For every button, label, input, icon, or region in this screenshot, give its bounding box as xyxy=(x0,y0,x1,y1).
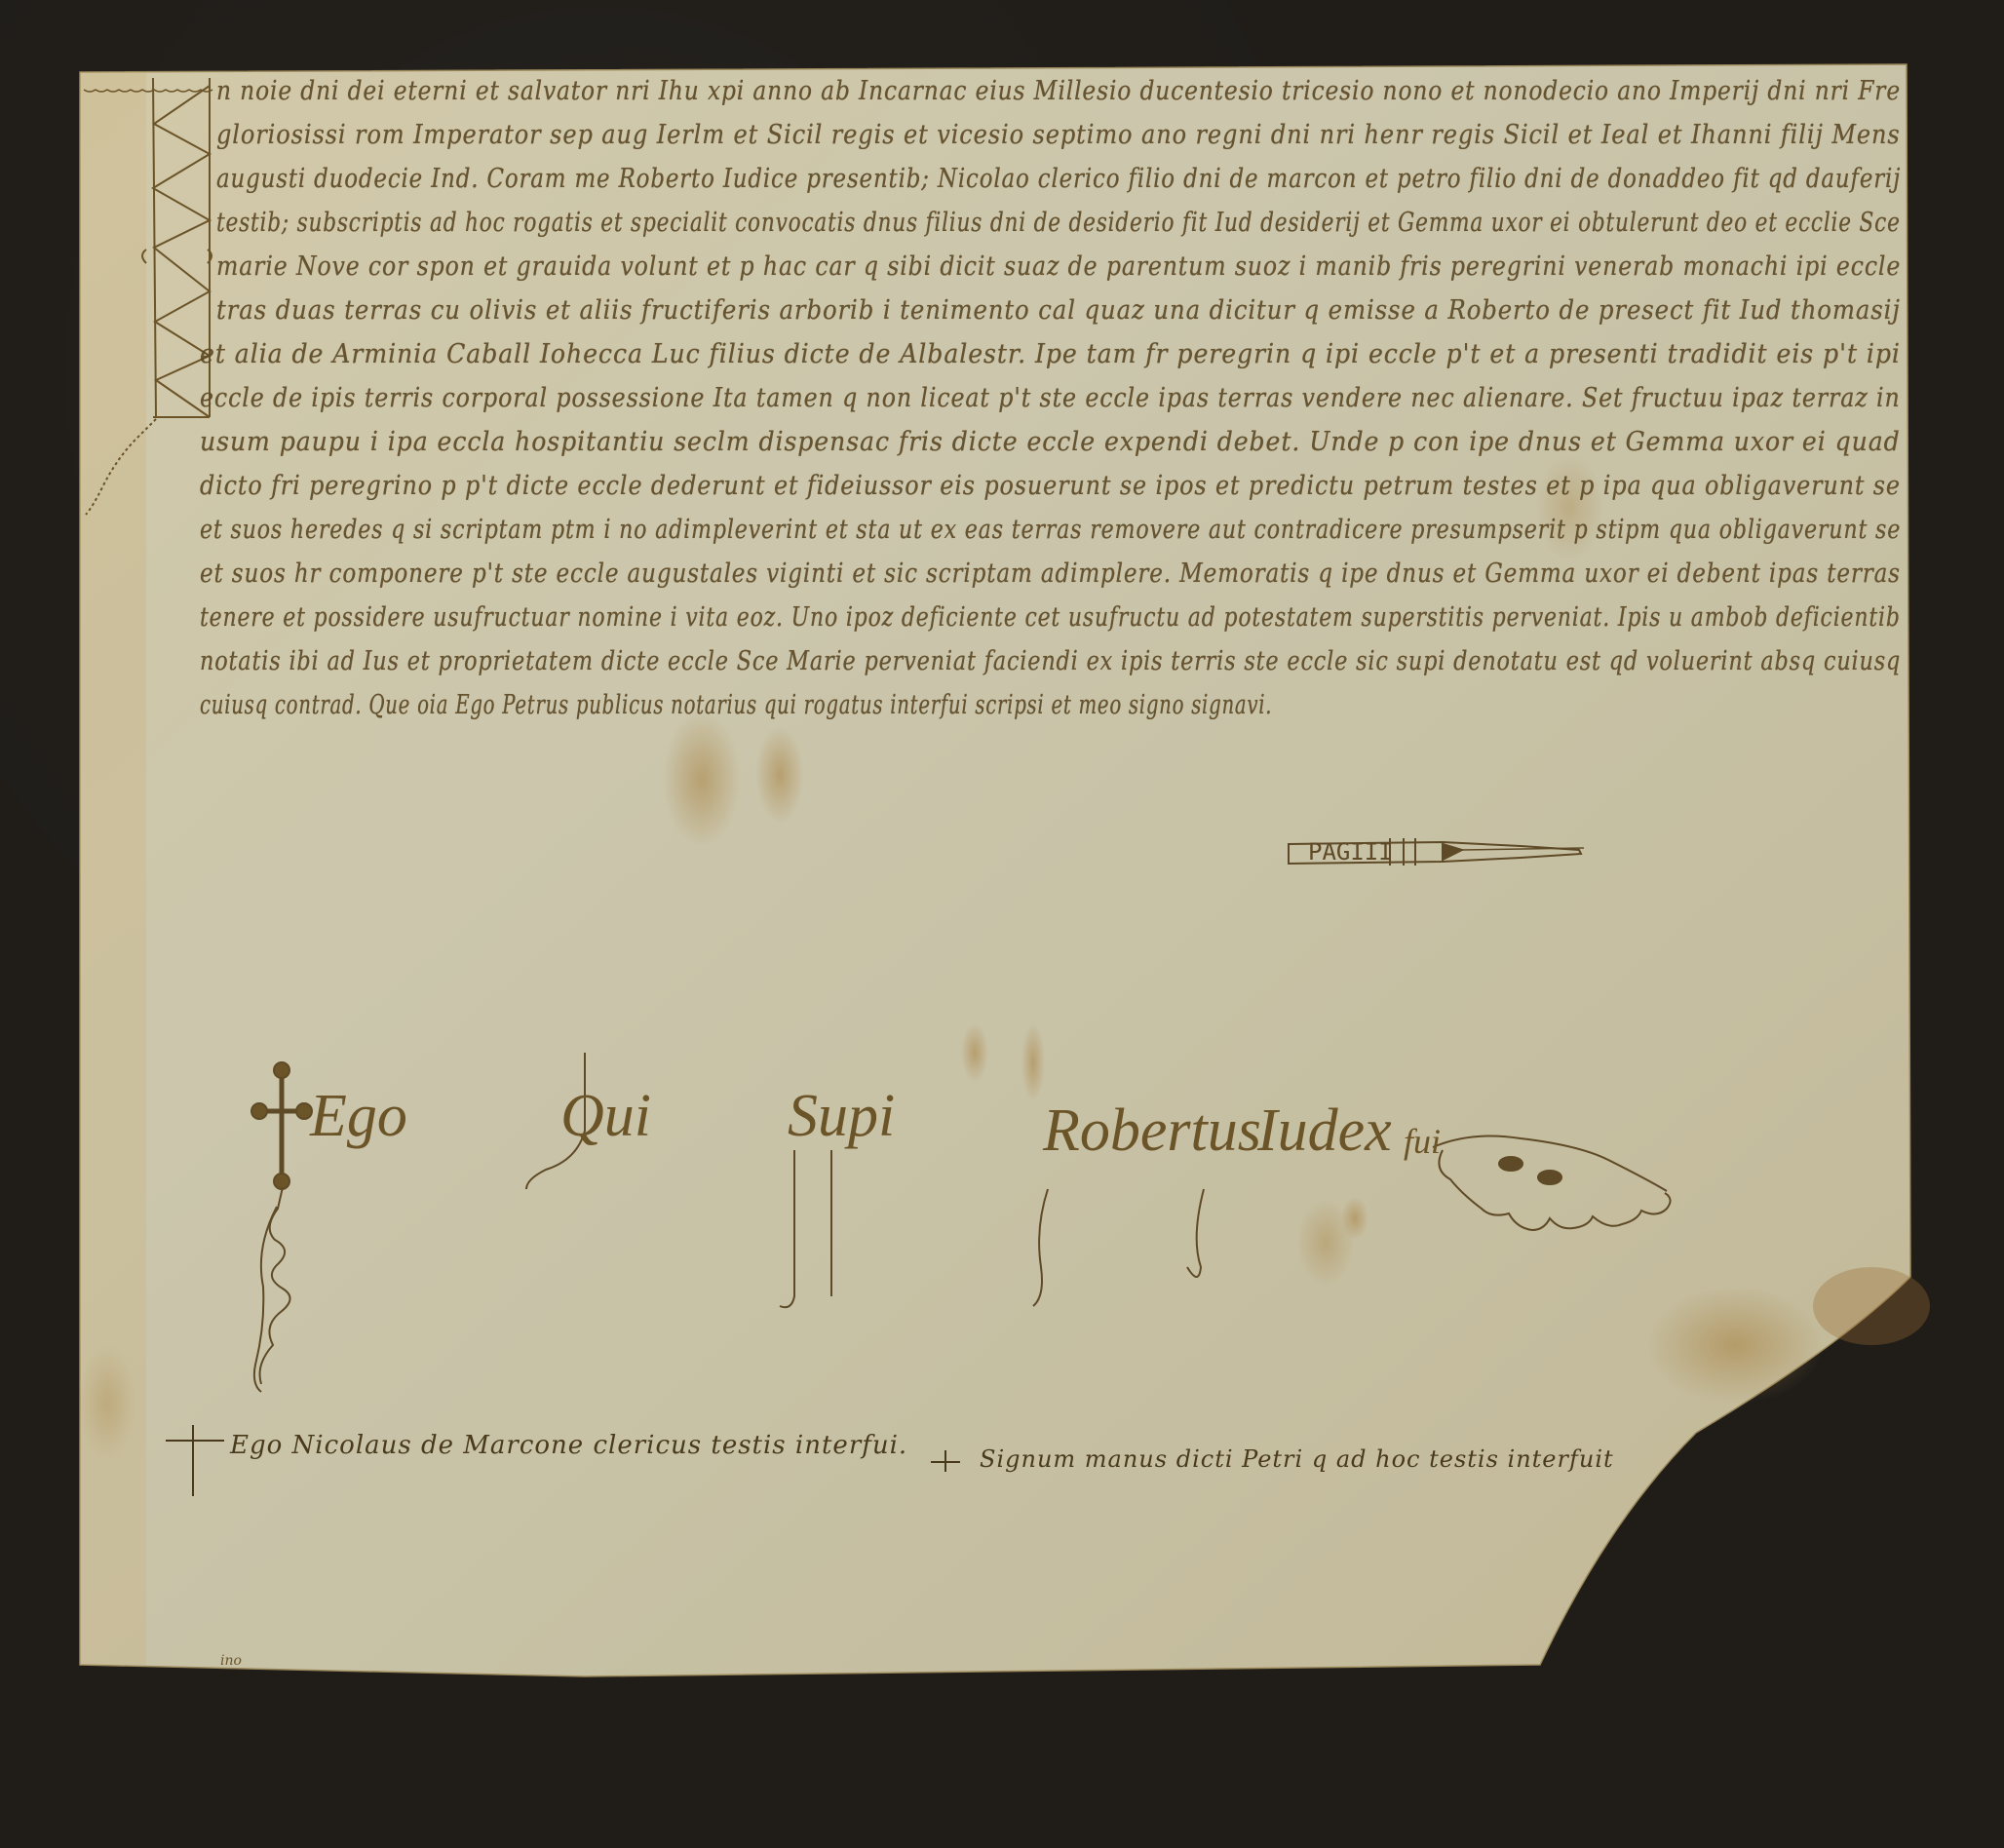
notarial-signum-text: PAGIII xyxy=(1308,838,1393,866)
text-line-4: testib; subscriptis ad hoc rogatis et sp… xyxy=(216,208,1901,238)
witness-subscription-2: Signum manus dicti Petri q ad hoc testis… xyxy=(980,1445,1614,1473)
text-line-5: marie Nove cor spon et grauida volunt et… xyxy=(216,251,1901,282)
subscription-word-robertus: Robertus xyxy=(1043,1097,1261,1166)
text-line-12: et suos hr componere p't ste eccle augus… xyxy=(200,558,1901,589)
margin-note: ino xyxy=(220,1653,242,1669)
text-line-2: gloriosissi rom Imperator sep aug Ierlm … xyxy=(216,120,1901,150)
text-line-13: tenere et possidere usufructuar nomine i… xyxy=(200,602,1901,633)
text-line-3: augusti duodecie Ind. Coram me Roberto I… xyxy=(216,164,1901,194)
text-line-14: notatis ibi ad Ius et proprietatem dicte… xyxy=(200,646,1901,676)
subscription-word-fui: fui xyxy=(1404,1121,1441,1162)
subscription-word-ego: Ego xyxy=(310,1082,407,1151)
text-line-10: dicto fri peregrino p p't dicte eccle de… xyxy=(200,471,1901,501)
text-line-9: usum paupu i ipa eccla hospitantiu seclm… xyxy=(200,427,1901,457)
text-line-1: n noie dni dei eterni et salvator nri Ih… xyxy=(216,76,1674,106)
witness-subscription-1: Ego Nicolaus de Marcone clericus testis … xyxy=(230,1431,907,1460)
text-line-8: eccle de ipis terris corporal possession… xyxy=(200,383,1901,413)
subscription-word-iudex: Iudex xyxy=(1257,1097,1392,1166)
subscription-word-supi: Supi xyxy=(788,1082,895,1151)
text-line-11: et suos heredes q si scriptam ptm i no a… xyxy=(200,515,1901,545)
text-line-7: et alia de Arminia Caball Iohecca Luc fi… xyxy=(200,339,1901,369)
subscription-word-qui: Qui xyxy=(560,1082,651,1151)
text-line-15: cuiusq contrad. Que oia Ego Petrus publi… xyxy=(200,690,1272,720)
text-line-6: tras duas terras cu olivis et aliis fruc… xyxy=(216,295,1901,326)
